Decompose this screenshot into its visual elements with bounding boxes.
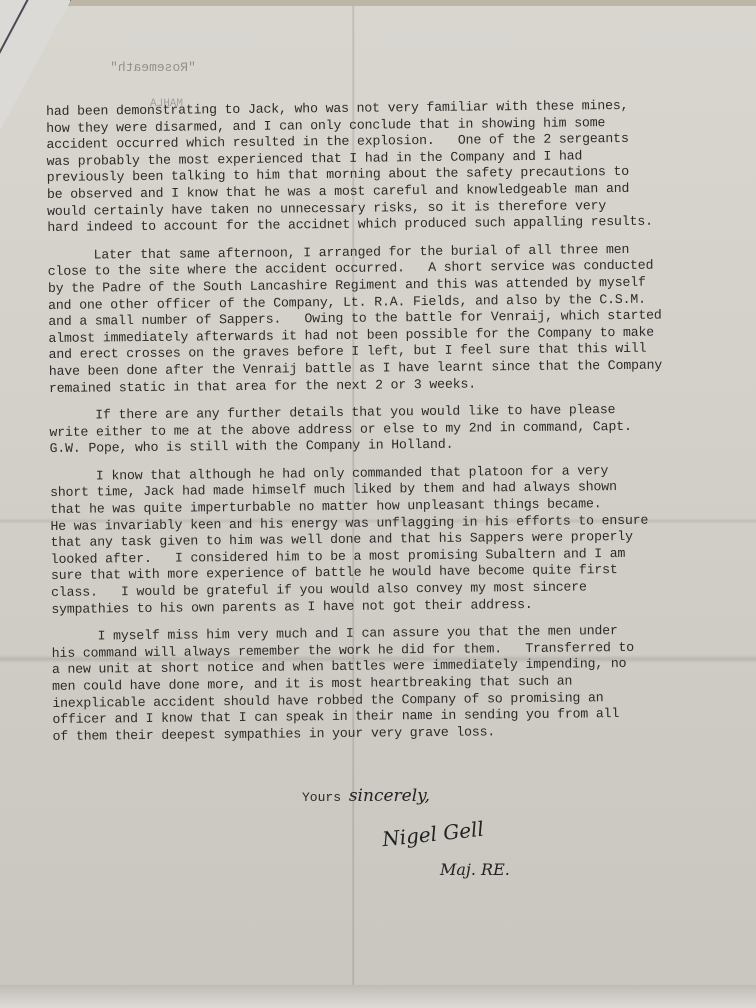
signature-rank: Maj. RE.: [440, 860, 510, 879]
bottom-fold: [0, 985, 756, 1008]
paragraph: If there are any further details that yo…: [49, 401, 729, 458]
closing-typed: Yours: [302, 790, 341, 805]
closing: Yours sincerely,: [302, 786, 430, 806]
paragraph: Later that same afternoon, I arranged fo…: [48, 241, 730, 397]
paragraph: had been demonstrating to Jack, who was …: [46, 97, 727, 237]
show-through-header: "Rosemeath": [110, 60, 196, 75]
paragraph: I myself miss him very much and I can as…: [51, 622, 732, 745]
paragraph: I know that although he had only command…: [50, 462, 732, 618]
closing-handwritten: sincerely,: [349, 786, 430, 806]
letter-body: had been demonstrating to Jack, who was …: [46, 97, 733, 756]
